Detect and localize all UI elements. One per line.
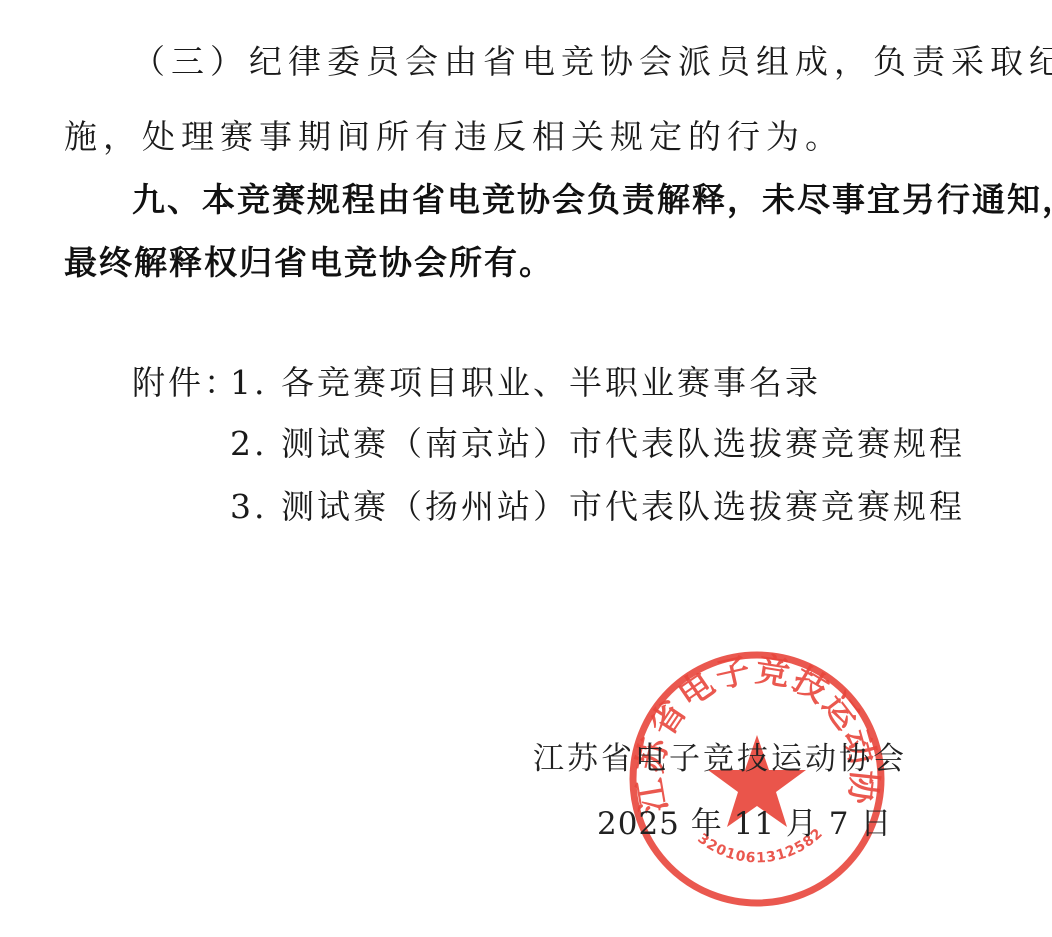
signature-organization: 江苏省电子竞技运动协会 [533,733,907,778]
attachment-item-1: 1. 各竞赛项目职业、半职业赛事名录 [230,363,821,403]
attachments-label: 附件： [132,363,240,403]
paragraph-9-line-1: 九、本竞赛规程由省电竞协会负责解释，未尽事宜另行通知， [132,180,1052,220]
signature-date: 2025 年 11 月 7 日 [597,798,892,843]
paragraph-3-line-2: 施，处理赛事期间所有违反相关规定的行为。 [64,117,844,157]
attachment-item-3: 3. 测试赛（扬州站）市代表队选拔赛竞赛规程 [230,487,965,527]
attachment-item-2: 2. 测试赛（南京站）市代表队选拔赛竞赛规程 [230,424,965,464]
official-seal-icon: 江苏省电子竞技运动协会 3201061312582 [628,650,886,908]
paragraph-3-line-1: （三）纪律委员会由省电竞协会派员组成，负责采取纪律措 [132,42,1052,82]
paragraph-9-line-2: 最终解释权归省电竞协会所有。 [64,243,554,283]
